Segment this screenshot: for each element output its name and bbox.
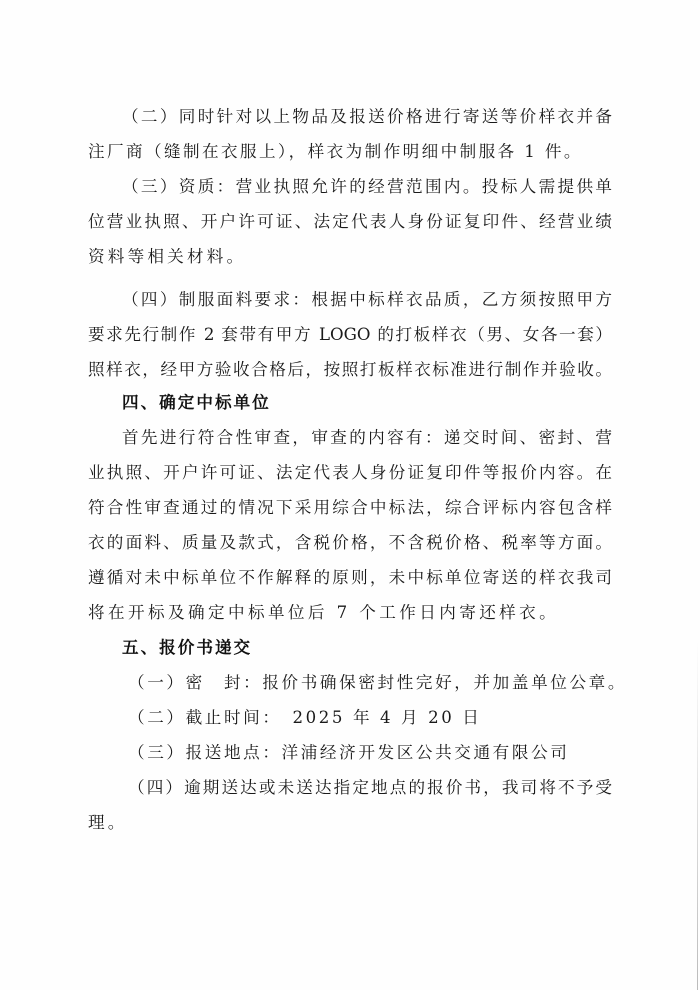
document-page: （二）同时针对以上物品及报送价格进行寄送等价样衣并备 注厂商（缝制在衣服上），样… bbox=[0, 0, 700, 990]
paragraph-line: 将在开标及确定中标单位后 7 个工作日内寄还样衣。 bbox=[88, 602, 612, 624]
paragraph-line: 业执照、开户许可证、法定代表人身份证复印件等报价内容。在 bbox=[88, 462, 612, 484]
paragraph-line: 照样衣，经甲方验收合格后，按照打板样衣标准进行制作并验收。 bbox=[88, 359, 612, 381]
paragraph-line: （三）资质：营业执照允许的经营范围内。投标人需提供单 bbox=[122, 176, 612, 198]
section-heading: 四、确定中标单位 bbox=[122, 392, 271, 414]
list-item: （三）报送地点：洋浦经济开发区公共交通有限公司 bbox=[88, 742, 612, 764]
list-item: （二）截止时间： 2025 年 4 月 20 日 bbox=[88, 707, 612, 729]
paragraph-line: 资料等相关材料。 bbox=[88, 246, 612, 268]
paragraph-line: 位营业执照、开户许可证、法定代表人身份证复印件、经营业绩 bbox=[88, 211, 612, 233]
paragraph-line: 遵循对未中标单位不作解释的原则，未中标单位寄送的样衣我司 bbox=[88, 567, 612, 589]
scan-edge-line bbox=[697, 640, 698, 990]
section-heading: 五、报价书递交 bbox=[122, 637, 252, 659]
paragraph-line: （二）同时针对以上物品及报送价格进行寄送等价样衣并备 bbox=[122, 106, 612, 128]
list-item: （四）逾期送达或未送达指定地点的报价书，我司将不予受 bbox=[88, 777, 612, 799]
paragraph-line: 符合性审查通过的情况下采用综合中标法，综合评标内容包含样 bbox=[88, 497, 612, 519]
paragraph-line: 首先进行符合性审查，审查的内容有：递交时间、密封、营 bbox=[122, 427, 612, 449]
paragraph-line: 要求先行制作 2 套带有甲方 LOGO 的打板样衣（男、女各一套） bbox=[88, 324, 612, 346]
paragraph-line: 注厂商（缝制在衣服上），样衣为制作明细中制服各 1 件。 bbox=[88, 141, 612, 163]
paragraph-line: 衣的面料、质量及款式，含税价格，不含税价格、税率等方面。 bbox=[88, 532, 612, 554]
paragraph-line: 理。 bbox=[88, 812, 612, 834]
paragraph-line: （四）制服面料要求：根据中标样衣品质，乙方须按照甲方 bbox=[122, 289, 612, 311]
list-item: （一）密 封：报价书确保密封性完好，并加盖单位公章。 bbox=[88, 672, 612, 694]
